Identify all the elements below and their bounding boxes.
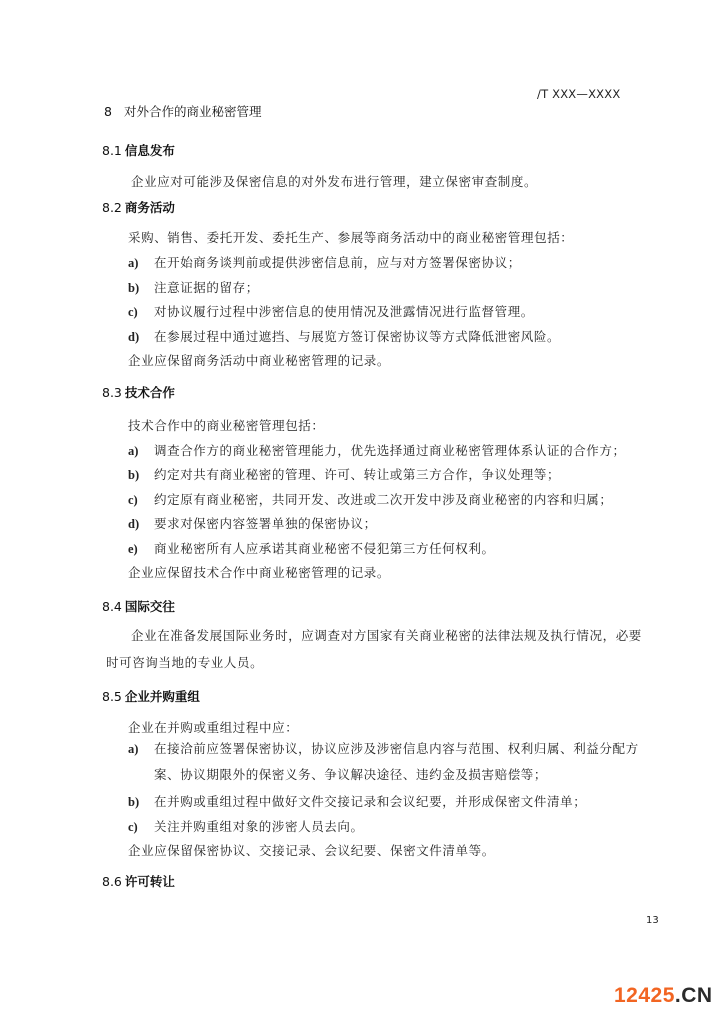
subsection-heading-8-5: 8.5企业并购重组 bbox=[102, 687, 200, 705]
section-title: 对外合作的商业秘密管理 bbox=[124, 104, 262, 119]
list-text: 约定对共有商业秘密的管理、许可、转让或第三方合作，争议处理等； bbox=[154, 467, 560, 482]
list-text: 约定原有商业秘密，共同开发、改进或二次开发中涉及商业秘密的内容和归属； bbox=[154, 492, 613, 507]
list-text: 商业秘密所有人应承诺其商业秘密不侵犯第三方任何权利。 bbox=[154, 541, 495, 556]
list-text: 在开始商务谈判前或提供涉密信息前，应与对方签署保密协议； bbox=[154, 255, 521, 270]
page-number: 13 bbox=[646, 915, 659, 926]
paragraph: 企业应保留保密协议、交接记录、会议纪要、保密文件清单等。 bbox=[128, 841, 495, 859]
list-item: a)在开始商务谈判前或提供涉密信息前，应与对方签署保密协议； bbox=[128, 253, 521, 271]
subsection-heading-8-2: 8.2商务活动 bbox=[102, 198, 175, 216]
list-item: b)约定对共有商业秘密的管理、许可、转让或第三方合作，争议处理等； bbox=[128, 465, 560, 483]
watermark-domain: .CN bbox=[675, 984, 713, 1007]
subsection-title: 国际交往 bbox=[125, 599, 175, 614]
list-text: 注意证据的留存； bbox=[154, 280, 259, 295]
list-marker: c) bbox=[128, 820, 154, 835]
list-marker: c) bbox=[128, 493, 154, 508]
list-item: b)在并购或重组过程中做好文件交接记录和会议纪要，并形成保密文件清单； bbox=[128, 792, 586, 810]
list-text: 对协议履行过程中涉密信息的使用情况及泄露情况进行监督管理。 bbox=[154, 304, 534, 319]
subsection-heading-8-3: 8.3技术合作 bbox=[102, 383, 175, 401]
list-item: c)对协议履行过程中涉密信息的使用情况及泄露情况进行监督管理。 bbox=[128, 302, 534, 320]
document-page: /T XXX—XXXX 8 对外合作的商业秘密管理 8.1信息发布 企业应对可能… bbox=[0, 0, 720, 1017]
subsection-heading-8-6: 8.6许可转让 bbox=[102, 872, 175, 890]
list-item: b)注意证据的留存； bbox=[128, 278, 259, 296]
list-marker: e) bbox=[128, 542, 154, 557]
subsection-title: 许可转让 bbox=[125, 874, 175, 889]
subsection-number: 8.4 bbox=[102, 599, 122, 614]
subsection-number: 8.3 bbox=[102, 385, 122, 400]
list-marker: b) bbox=[128, 795, 154, 810]
subsection-title: 技术合作 bbox=[125, 385, 175, 400]
watermark-logo: 12425.CN bbox=[614, 984, 713, 1008]
list-text: 在接洽前应签署保密协议，协议应涉及涉密信息内容与范围、权利归属、利益分配方案、协… bbox=[154, 736, 644, 788]
list-marker: a) bbox=[128, 444, 154, 459]
subsection-number: 8.5 bbox=[102, 689, 122, 704]
subsection-number: 8.2 bbox=[102, 200, 122, 215]
paragraph: 企业应对可能涉及保密信息的对外发布进行管理，建立保密审查制度。 bbox=[131, 172, 537, 190]
list-item: a)在接洽前应签署保密协议，协议应涉及涉密信息内容与范围、权利归属、利益分配方案… bbox=[128, 736, 648, 788]
subsection-number: 8.6 bbox=[102, 874, 122, 889]
list-marker: d) bbox=[128, 330, 154, 345]
subsection-title: 信息发布 bbox=[125, 143, 175, 158]
watermark-number: 12425 bbox=[614, 984, 675, 1007]
section-heading: 8 对外合作的商业秘密管理 bbox=[104, 102, 262, 120]
list-text: 关注并购重组对象的涉密人员去向。 bbox=[154, 819, 364, 834]
subsection-heading-8-1: 8.1信息发布 bbox=[102, 141, 175, 159]
list-marker: b) bbox=[128, 468, 154, 483]
list-item: e)商业秘密所有人应承诺其商业秘密不侵犯第三方任何权利。 bbox=[128, 539, 495, 557]
paragraph: 企业应保留商务活动中商业秘密管理的记录。 bbox=[128, 351, 390, 369]
subsection-heading-8-4: 8.4国际交往 bbox=[102, 597, 175, 615]
section-number: 8 bbox=[104, 104, 120, 119]
paragraph: 企业在准备发展国际业务时，应调查对方国家有关商业秘密的法律法规及执行情况，必要时… bbox=[106, 622, 646, 676]
list-marker: b) bbox=[128, 281, 154, 296]
list-text: 在参展过程中通过遮挡、与展览方签订保密协议等方式降低泄密风险。 bbox=[154, 329, 560, 344]
list-text: 调查合作方的商业秘密管理能力，优先选择通过商业秘密管理体系认证的合作方； bbox=[154, 443, 626, 458]
list-marker: a) bbox=[128, 256, 154, 271]
standard-code: /T XXX—XXXX bbox=[537, 87, 620, 101]
list-marker: d) bbox=[128, 517, 154, 532]
subsection-number: 8.1 bbox=[102, 143, 122, 158]
list-item: c)约定原有商业秘密，共同开发、改进或二次开发中涉及商业秘密的内容和归属； bbox=[128, 490, 613, 508]
list-item: c)关注并购重组对象的涉密人员去向。 bbox=[128, 817, 364, 835]
paragraph: 技术合作中的商业秘密管理包括： bbox=[128, 416, 325, 434]
paragraph: 企业在并购或重组过程中应： bbox=[128, 718, 298, 736]
list-text: 要求对保密内容签署单独的保密协议； bbox=[154, 516, 377, 531]
subsection-title: 商务活动 bbox=[125, 200, 175, 215]
list-item: d)要求对保密内容签署单独的保密协议； bbox=[128, 514, 377, 532]
paragraph: 采购、销售、委托开发、委托生产、参展等商务活动中的商业秘密管理包括： bbox=[128, 228, 573, 246]
list-item: d)在参展过程中通过遮挡、与展览方签订保密协议等方式降低泄密风险。 bbox=[128, 327, 560, 345]
subsection-title: 企业并购重组 bbox=[125, 689, 200, 704]
list-item: a)调查合作方的商业秘密管理能力，优先选择通过商业秘密管理体系认证的合作方； bbox=[128, 441, 626, 459]
list-marker: c) bbox=[128, 305, 154, 320]
list-marker: a) bbox=[128, 736, 154, 762]
list-text: 在并购或重组过程中做好文件交接记录和会议纪要，并形成保密文件清单； bbox=[154, 794, 586, 809]
paragraph: 企业应保留技术合作中商业秘密管理的记录。 bbox=[128, 563, 390, 581]
